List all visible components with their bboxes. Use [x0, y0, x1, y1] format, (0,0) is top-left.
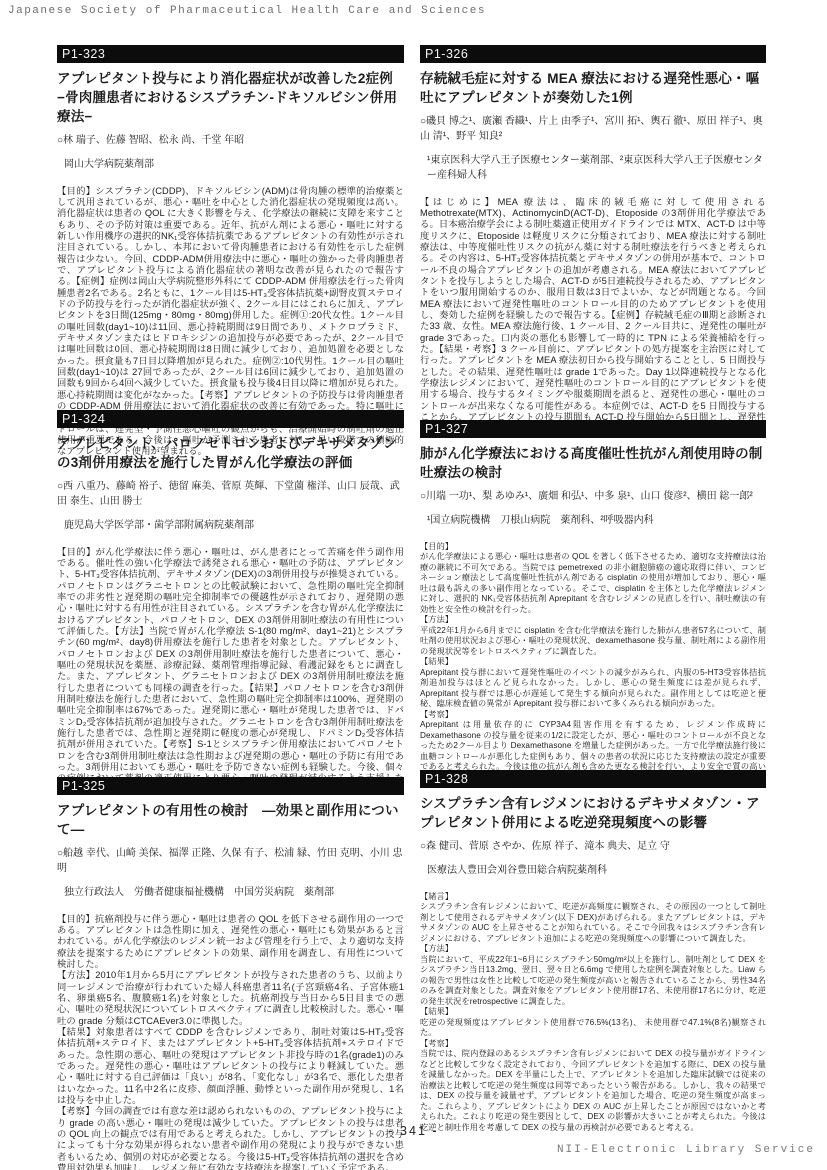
abstract-body: 【目的】 がん化学療法による悪心・嘔吐は患者の QOL を著しく低下させるため、… — [420, 542, 766, 784]
abstract-authors: ○磯貝 博之¹、廣瀬 香織¹、片上 由季子¹、宮川 拓¹、輿石 徹¹、原田 祥子… — [420, 114, 766, 144]
abstract-body: 【はじめに】MEA 療法は、臨床的絨毛癌に対して使用される Methotrexa… — [420, 197, 766, 435]
abstract-affiliation: 鹿児島大学医学部・歯学部附属病院薬剤部 — [57, 518, 404, 533]
abstract-affiliation: 医療法人豊田会刈谷豊田総合病院薬剤科 — [420, 863, 766, 878]
abstract-affiliation: ¹国立病院機構 刀根山病院 薬剤科、²呼吸器内科 — [420, 513, 766, 528]
page-number: - 341 - — [0, 1124, 827, 1138]
abstract-title: 存続絨毛症に対する MEA 療法における遅発性悪心・嘔吐にアプレピタントが奏効し… — [420, 70, 766, 108]
abstract-affiliation: 独立行政法人 労働者健康福祉機構 中国労災病院 薬剤部 — [57, 885, 404, 900]
abstract-code-badge: P1-328 — [420, 770, 766, 788]
abstract-title: アプレピタントの有用性の検討 ―効果と副作用について― — [57, 802, 404, 840]
abstract-authors: ○林 瑞子、佐藤 智昭、松永 尚、千堂 年昭 — [57, 133, 404, 148]
abstract-code-badge: P1-326 — [420, 45, 766, 63]
abstract-title: 肺がん化学療法における高度催吐性抗がん剤使用時の制吐療法の検討 — [420, 445, 766, 483]
abstract-affiliation: 岡山大学病院薬剤部 — [57, 157, 404, 172]
abstract-authors: ○森 健司、菅原 さやか、佐原 祥子、滝本 典夫、足立 守 — [420, 839, 766, 854]
abstract-title: アプレピタント、パロノセトロンおよびデキサメタゾンの3剤併用療法を施行した胃がん… — [57, 435, 404, 473]
abstract-p1-325: P1-325 アプレピタントの有用性の検討 ―効果と副作用について― ○船越 幸… — [57, 777, 404, 1170]
abstract-code-badge: P1-324 — [57, 410, 404, 428]
abstract-p1-327: P1-327 肺がん化学療法における高度催吐性抗がん剤使用時の制吐療法の検討 ○… — [420, 420, 766, 783]
abstract-code: P1-325 — [62, 779, 105, 793]
abstract-title: シスプラチン含有レジメンにおけるデキサメタゾン・アプレピタント併用による吃逆発現… — [420, 795, 766, 833]
abstract-columns: P1-323 アプレピタント投与により消化器症状が改善した2症例 −骨肉腫患者に… — [57, 45, 767, 1105]
abstract-authors: ○船越 幸代、山崎 美保、福澤 正隆、久保 有子、松浦 緑、竹田 克明、小川 忠… — [57, 846, 404, 876]
abstract-code-badge: P1-327 — [420, 420, 766, 438]
abstract-authors: ○西 八重乃、藤崎 裕子、徳留 麻美、菅原 英輝、下堂薗 権洋、山口 辰哉、武田… — [57, 479, 404, 509]
abstract-code: P1-328 — [425, 772, 468, 786]
abstract-code: P1-323 — [62, 47, 105, 61]
abstract-code: P1-324 — [62, 412, 105, 426]
abstract-affiliation: ¹東京医科大学八王子医療センター薬剤部、²東京医科大学八王子医療センター産科婦人… — [420, 153, 766, 183]
abstract-p1-326: P1-326 存続絨毛症に対する MEA 療法における遅発性悪心・嘔吐にアプレピ… — [420, 45, 766, 435]
abstract-code-badge: P1-325 — [57, 777, 404, 795]
abstract-title: アプレピタント投与により消化器症状が改善した2症例 −骨肉腫患者におけるシスプラ… — [57, 70, 404, 127]
abstract-p1-328: P1-328 シスプラチン含有レジメンにおけるデキサメタゾン・アプレピタント併用… — [420, 770, 766, 1133]
abstract-body: 【目的】がん化学療法に伴う悪心・嘔吐は、がん患者にとって苦痛を伴う副作用である。… — [57, 547, 404, 796]
abstract-authors: ○川端 一功¹、梨 あゆみ¹、廣畑 和弘¹、中多 泉¹、山口 俊彦²、横田 総一… — [420, 489, 766, 504]
library-scan-header: Japanese Society of Pharmaceutical Healt… — [8, 5, 486, 17]
abstract-code-badge: P1-323 — [57, 45, 404, 63]
right-column: P1-326 存続絨毛症に対する MEA 療法における遅発性悪心・嘔吐にアプレピ… — [420, 45, 766, 1105]
left-column: P1-323 アプレピタント投与により消化器症状が改善した2症例 −骨肉腫患者に… — [57, 45, 404, 1105]
abstract-p1-323: P1-323 アプレピタント投与により消化器症状が改善した2症例 −骨肉腫患者に… — [57, 45, 404, 458]
nii-library-footer: NII-Electronic Library Service — [557, 1144, 815, 1156]
proceedings-page: { "page": { "scan_header": "Japanese Soc… — [0, 0, 827, 1170]
abstract-body: 【緒言】 シスプラチン含有レジメンにおいて、吃逆が高頻度に観察され、その原因の一… — [420, 892, 766, 1134]
abstract-code: P1-327 — [425, 422, 468, 436]
abstract-p1-324: P1-324 アプレピタント、パロノセトロンおよびデキサメタゾンの3剤併用療法を… — [57, 410, 404, 796]
abstract-code: P1-326 — [425, 47, 468, 61]
